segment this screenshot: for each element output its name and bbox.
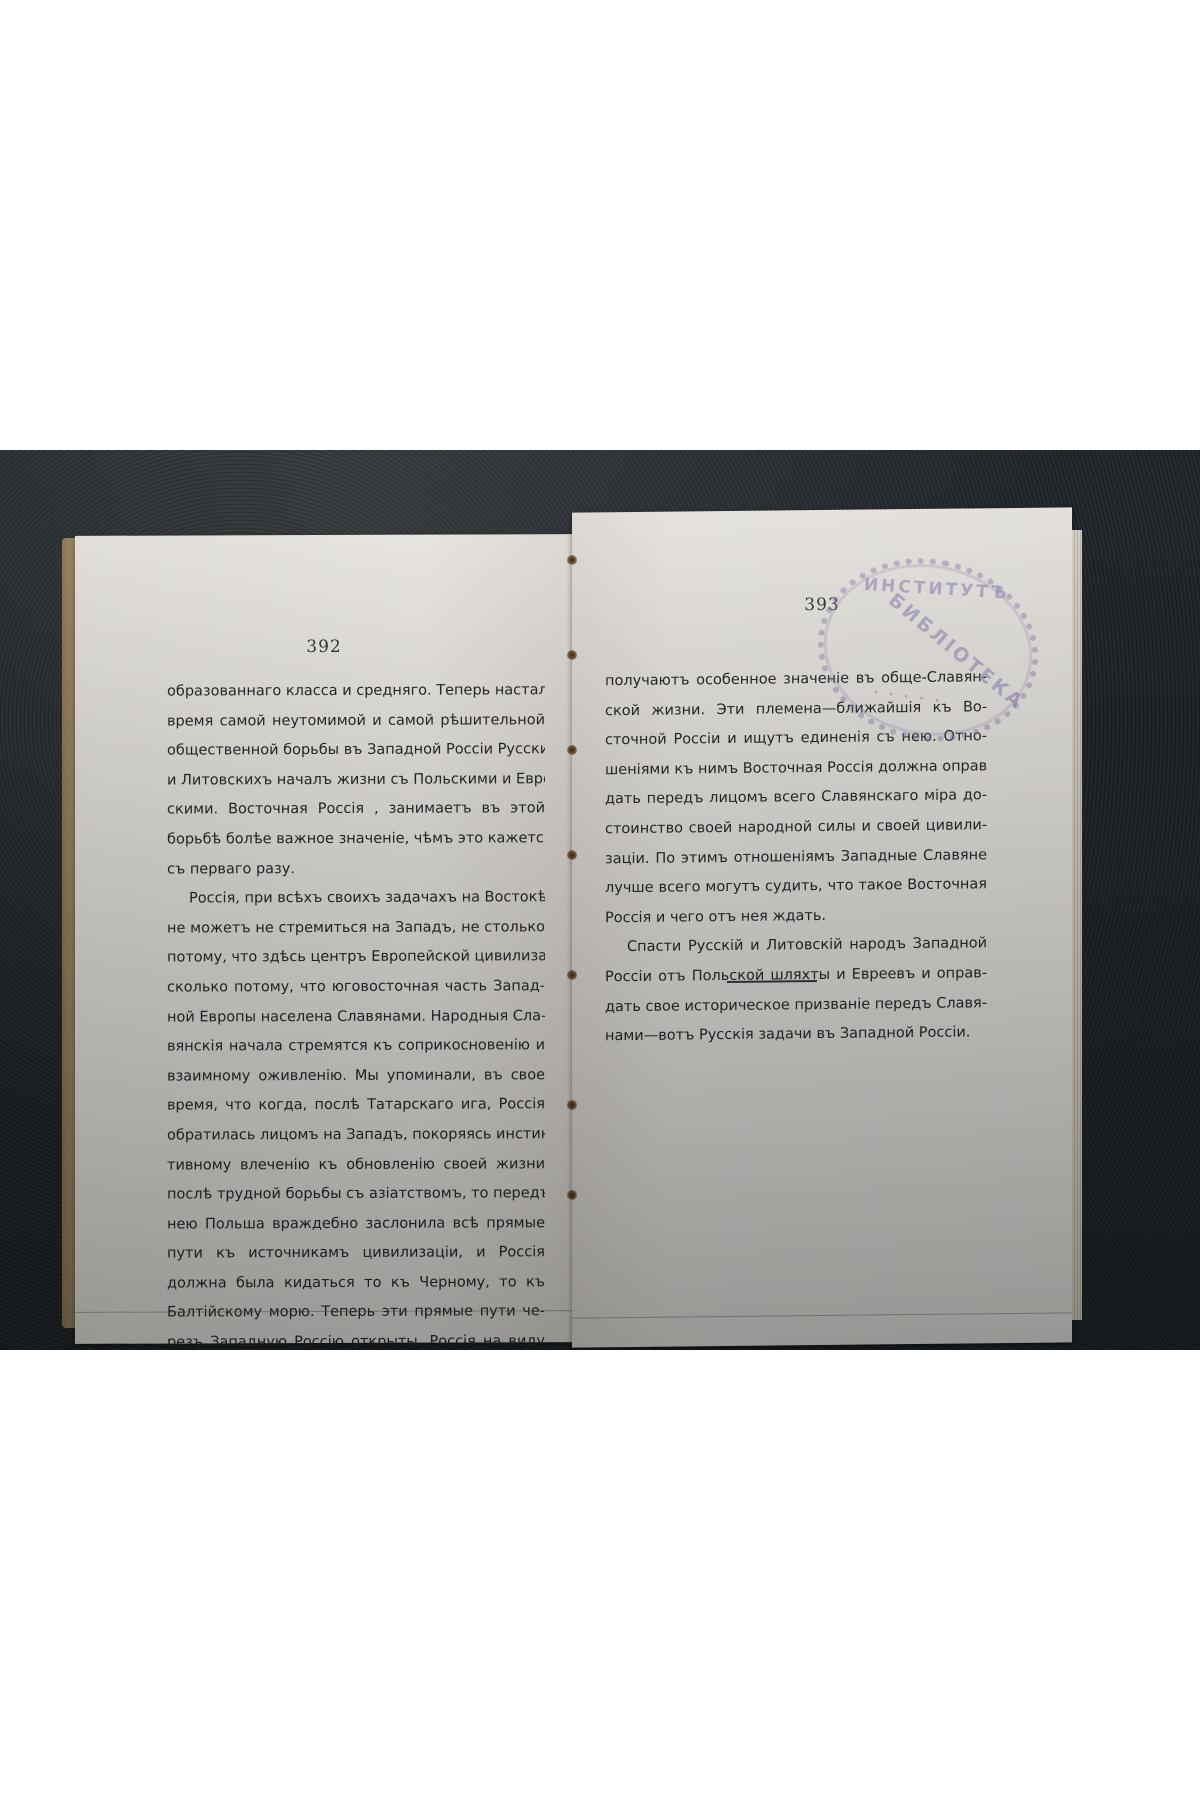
left-page: 392 образованнаго класса и средняго. Теп… bbox=[75, 534, 573, 1344]
text-line: потому, что здѣсь центръ Европейской цив… bbox=[167, 943, 545, 974]
binding-stitch-icon bbox=[567, 970, 577, 980]
text-line: съ перваго разу. bbox=[167, 854, 545, 885]
binding-stitch-icon bbox=[567, 555, 577, 565]
text-line: вянскія начала стремятся къ соприкоснове… bbox=[167, 1031, 545, 1062]
fold-line bbox=[572, 1312, 1072, 1318]
text-line: общественной борьбы въ Западной Россіи Р… bbox=[167, 735, 545, 766]
text-line: шеніями къ нимъ Восточная Россія должна … bbox=[605, 752, 987, 786]
text-line: стоинство своей народной силы и своей ци… bbox=[605, 811, 987, 845]
binding-stitch-icon bbox=[567, 850, 577, 860]
text-line: резъ Западную Россію открыты. Россія на … bbox=[167, 1327, 545, 1350]
text-line: Россія и чего отъ нея ждать. bbox=[605, 900, 987, 934]
text-line: тивному влеченію къ обновленію своей жиз… bbox=[167, 1150, 545, 1181]
stamp-bottom-text: · · · · · bbox=[872, 685, 943, 709]
text-line: время самой неутомимой и самой рѣшительн… bbox=[167, 706, 545, 737]
text-line: дать передъ лицомъ всего Славянскаго мір… bbox=[605, 782, 987, 816]
text-line: нею Польша враждебно заслонила всѣ прямы… bbox=[167, 1209, 545, 1240]
page-number-left: 392 bbox=[75, 636, 573, 658]
text-line: образованнаго класса и средняго. Теперь … bbox=[167, 676, 545, 707]
stamp-top-text: ИНСТИТУТЪ bbox=[863, 575, 1010, 604]
text-line: взаимному оживленію. Мы упоминали, въ св… bbox=[167, 1061, 545, 1092]
text-line: должна была кидаться то къ Черному, то к… bbox=[167, 1268, 545, 1299]
text-line: и Литовскихъ началъ жизни съ Польскими и… bbox=[167, 765, 545, 796]
text-line: обратилась лицомъ на Западъ, покоряясь и… bbox=[167, 1120, 545, 1151]
photo-background: 392 образованнаго класса и средняго. Теп… bbox=[0, 450, 1200, 1350]
binding-stitch-icon bbox=[567, 650, 577, 660]
text-line: послѣ трудной борьбы съ азіатствомъ, то … bbox=[167, 1179, 545, 1210]
text-line: дать свое историческое призваніе передъ … bbox=[605, 989, 987, 1023]
text-line: лучше всего могутъ судить, что такое Вос… bbox=[605, 870, 987, 904]
text-line: время, что когда, послѣ Татарскаго ига, … bbox=[167, 1091, 545, 1122]
text-line: Спасти Русскій и Литовскій народъ Западн… bbox=[605, 930, 987, 964]
page-block-edges bbox=[1072, 530, 1082, 1320]
text-line: борьбѣ болѣе важное значеніе, чѣмъ это к… bbox=[167, 824, 545, 855]
text-line: Россія, при всѣхъ своихъ задачахъ на Вос… bbox=[167, 883, 545, 914]
text-line: скими. Восточная Россія , занимаетъ въ э… bbox=[167, 795, 545, 826]
text-line: Балтійскому морю. Теперь эти прямые пути… bbox=[167, 1298, 545, 1329]
text-line: не можетъ не стремиться на Западъ, не ст… bbox=[167, 913, 545, 944]
text-line: сколько потому, что юговосточная часть З… bbox=[167, 972, 545, 1003]
binding-stitch-icon bbox=[567, 745, 577, 755]
text-line: ной Европы населена Славянами. Народныя … bbox=[167, 1002, 545, 1033]
binding-stitch-icon bbox=[567, 1100, 577, 1110]
left-page-text: образованнаго класса и средняго. Теперь … bbox=[167, 676, 545, 1350]
binding-stitch-icon bbox=[567, 1190, 577, 1200]
text-line: заціи. По этимъ отношеніямъ Западные Сла… bbox=[605, 841, 987, 875]
text-line: пути къ источникамъ цивилизаціи, и Россі… bbox=[167, 1239, 545, 1270]
text-line: нами—вотъ Русскія задачи въ Западной Рос… bbox=[605, 1018, 987, 1052]
text-line: Россіи отъ Польской шляхты и Евреевъ и о… bbox=[605, 959, 987, 993]
right-page: 393 получаютъ особенное значеніе въ обще… bbox=[572, 507, 1072, 1347]
